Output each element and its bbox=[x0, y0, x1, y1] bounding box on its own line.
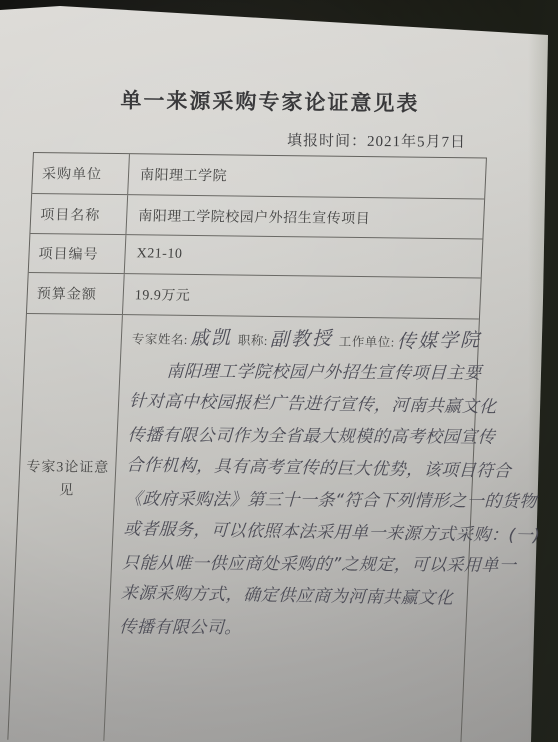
photo-of-document: 单一来源采购专家论证意见表 填报时间：2021年5月7日 采购单位 南阳理工学院… bbox=[0, 0, 558, 742]
job-title-handwritten: 副教授 bbox=[270, 324, 333, 352]
table-row: 项目名称 南阳理工学院校园户外招生宣传项目 bbox=[30, 194, 484, 240]
opinion-line: 只能从唯一供应商处采购的”之规定，可以采用单一 bbox=[121, 547, 539, 582]
table-row: 预算金额 19.9万元 bbox=[27, 273, 481, 320]
handwritten-opinion: 南阳理工学院校园户外招生宣传项目主要 针对高中校园报栏广告进行宣传，河南共赢文化… bbox=[119, 354, 548, 647]
procurement-form-table: 采购单位 南阳理工学院 项目名称 南阳理工学院校园户外招生宣传项目 项目编号 X… bbox=[7, 152, 487, 742]
opinion-cell: 专家姓名: 戚凯 职称: 副教授 工作单位: 传媒学院 南阳理工学院校园户外招生… bbox=[104, 315, 557, 742]
row-label: 预算金额 bbox=[27, 273, 125, 314]
opinion-line: 南阳理工学院校园户外招生宣传项目主要 bbox=[130, 355, 548, 390]
fill-date: 填报时间：2021年5月7日 bbox=[287, 129, 466, 152]
opinion-line: 合作机构，具有高考宣传的巨大优势，该项目符合 bbox=[126, 449, 544, 488]
opinion-line: 来源采购方式，确定供应商为河南共赢文化 bbox=[120, 577, 538, 616]
work-unit-label: 工作单位: bbox=[339, 332, 396, 351]
opinion-line: 《政府采购法》第三十一条“符合下列情形之一的货物 bbox=[124, 483, 542, 518]
opinion-line: 传播有限公司作为全省最大规模的高考校园宣传 bbox=[127, 419, 545, 454]
job-title-label: 职称: bbox=[238, 331, 269, 349]
work-unit-handwritten: 传媒学院 bbox=[397, 325, 481, 354]
row-label: 项目名称 bbox=[30, 194, 128, 234]
opinion-line: 针对高中校园报栏广告进行宣传，河南共赢文化 bbox=[128, 385, 546, 424]
opinion-line: 传播有限公司。 bbox=[119, 611, 537, 646]
opinion-row-label: 专家3论证意见 bbox=[8, 314, 123, 741]
document-title: 单一来源采购专家论证意见表 bbox=[0, 83, 540, 119]
expert-name-handwritten: 戚凯 bbox=[190, 323, 232, 351]
row-value: 19.9万元 bbox=[123, 274, 481, 318]
row-label: 采购单位 bbox=[32, 153, 130, 194]
opinion-line: 或者服务，可以依照本法采用单一来源方式采购：(一) bbox=[123, 513, 541, 552]
table-row: 采购单位 南阳理工学院 bbox=[32, 153, 486, 200]
expert-name-label: 专家姓名: bbox=[132, 329, 189, 348]
table-row: 项目编号 X21-10 bbox=[29, 234, 483, 279]
row-value: X21-10 bbox=[125, 235, 483, 277]
row-value: 南阳理工学院 bbox=[128, 154, 486, 198]
expert-info-line: 专家姓名: 戚凯 职称: 副教授 工作单位: 传媒学院 bbox=[131, 322, 549, 354]
expert-opinion-row: 专家3论证意见 专家姓名: 戚凯 职称: 副教授 工作单位: 传媒学院 南阳理工… bbox=[8, 314, 479, 742]
row-value: 南阳理工学院校园户外招生宣传项目 bbox=[126, 195, 484, 238]
row-label: 项目编号 bbox=[29, 234, 127, 273]
